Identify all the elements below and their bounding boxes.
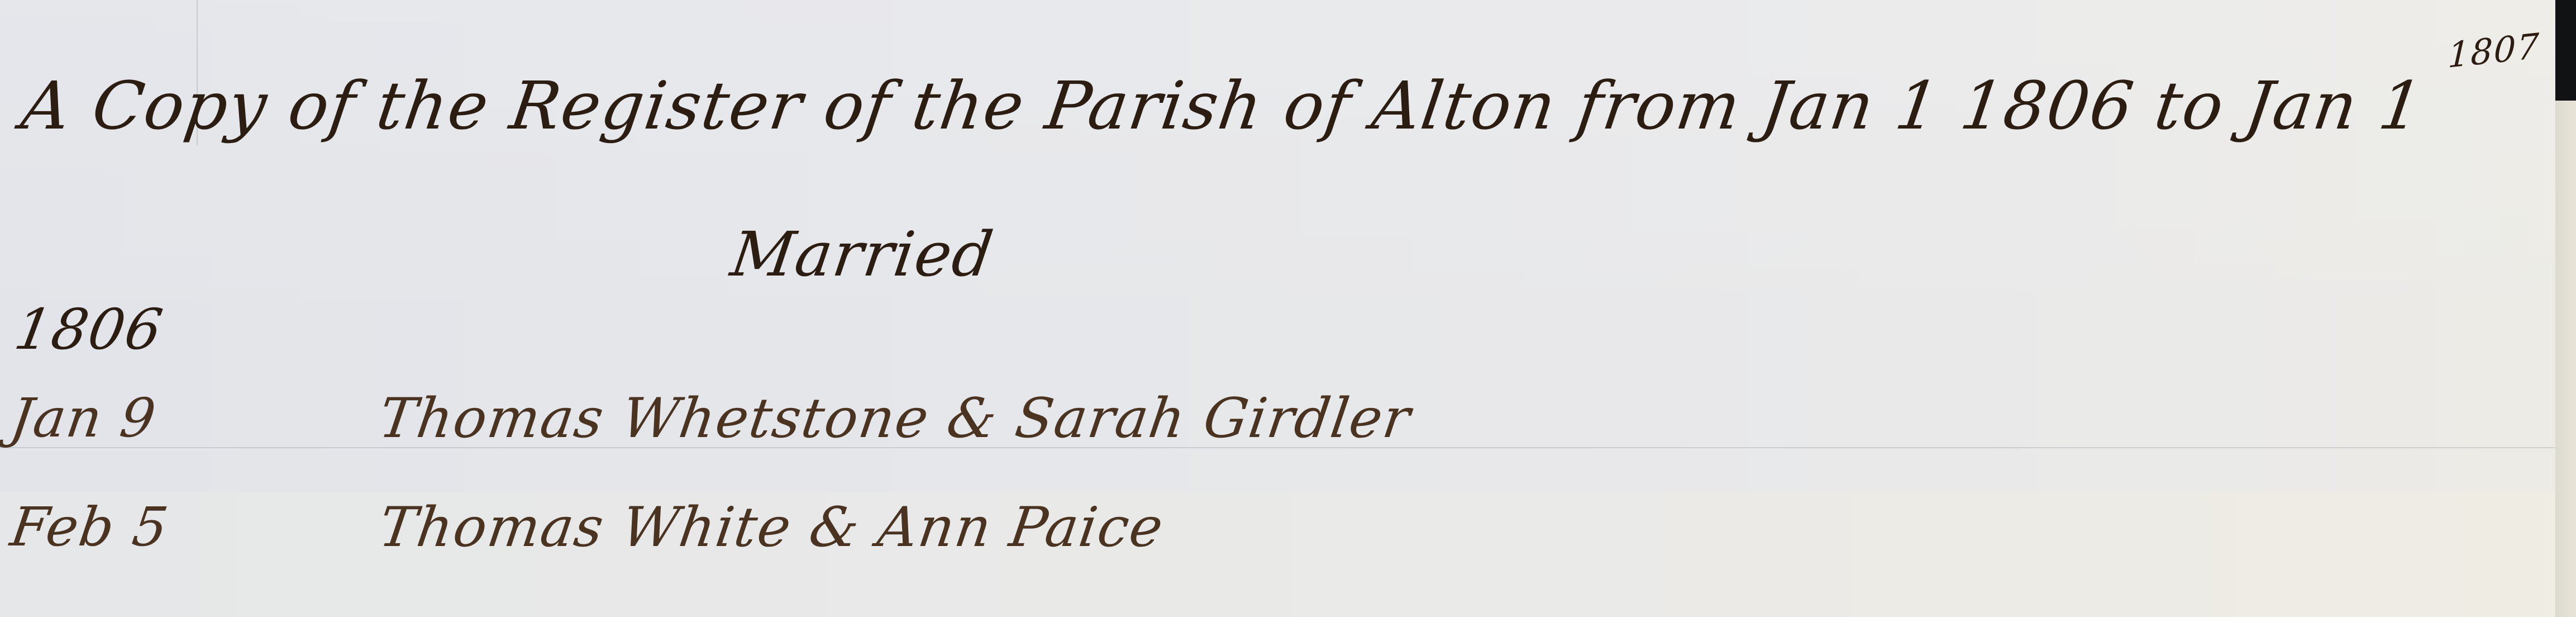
- register-page: A Copy of the Register of the Parish of …: [0, 0, 2555, 617]
- document-title: A Copy of the Register of the Parish of …: [18, 73, 2427, 139]
- entry-names: Thomas White & Ann Paice: [376, 500, 1167, 555]
- entry-names: Thomas Whetstone & Sarah Girdler: [376, 391, 1414, 446]
- section-heading-married: Married: [727, 224, 998, 285]
- scan-background-edge: [2555, 0, 2576, 101]
- entry-date: Jan 9: [7, 391, 160, 445]
- margin-year: 1806: [11, 302, 167, 358]
- page-edge-margin: [2555, 101, 2576, 617]
- entry-date: Feb 5: [7, 500, 172, 554]
- title-year-superscript: 1807: [2447, 29, 2540, 73]
